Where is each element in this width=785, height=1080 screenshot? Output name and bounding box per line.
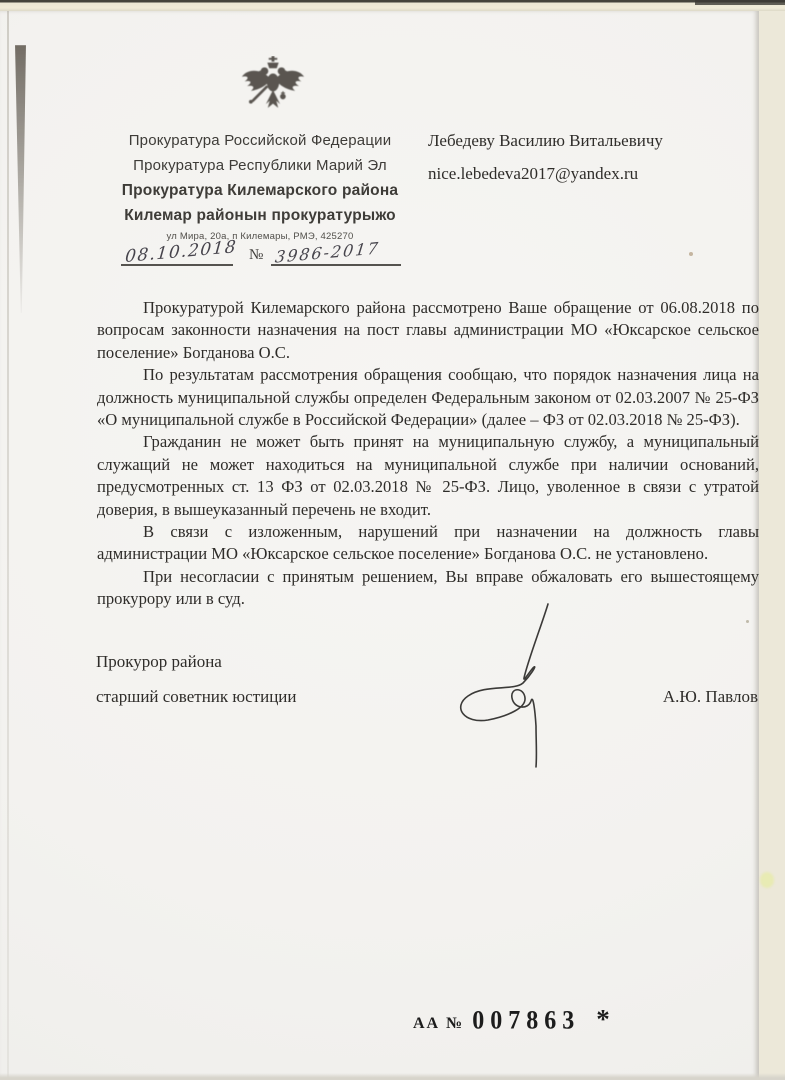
date-field: 08.10.2018 (121, 236, 233, 266)
signer-position-line2: старший советник юстиции (96, 687, 296, 707)
stamp-asterisk: * (596, 1004, 610, 1035)
signer-position-line1: Прокурор района (96, 652, 758, 672)
org-name-federation: Прокуратура Российской Федерации (94, 128, 426, 153)
body-paragraph: Прокуратурой Килемарского района рассмот… (97, 297, 759, 364)
scan-speck (760, 872, 774, 888)
scan-bottom-edge (0, 1073, 785, 1080)
body-paragraph: Гражданин не может быть принят на муници… (97, 431, 759, 521)
org-name-district-mari: Килемар районын прокуратурыжо (94, 203, 426, 228)
letterhead: Прокуратура Российской Федерации Прокура… (94, 56, 426, 242)
org-name-republic: Прокуратура Республики Марий Эл (94, 153, 426, 178)
outgoing-number-field: 3986-2017 (271, 236, 401, 266)
serial-number-stamp: АА № 007863 * (413, 1004, 610, 1035)
stamp-number: 007863 (472, 1007, 580, 1036)
body-paragraph: В связи с изложенным, нарушений при назн… (97, 521, 759, 566)
scan-top-edge (0, 0, 785, 11)
org-name-district: Прокуратура Килемарского района (94, 178, 426, 203)
scan-top-right-edge (695, 0, 785, 5)
date-number-line: 08.10.2018 № 3986-2017 (121, 236, 401, 266)
body-paragraph: По результатам рассмотрения обращения со… (97, 364, 759, 431)
recipient-block: Лебедеву Василию Витальевичу nice.lebede… (428, 124, 758, 190)
body-paragraph: При несогласии с принятым решением, Вы в… (97, 566, 759, 611)
coat-of-arms-icon (235, 56, 311, 122)
recipient-email: nice.lebedeva2017@yandex.ru (428, 157, 758, 190)
scanned-letter-page: Прокуратура Российской Федерации Прокура… (0, 0, 785, 1080)
signer-name: А.Ю. Павлов (663, 687, 758, 707)
handwritten-number: 3986-2017 (274, 238, 381, 266)
stamp-series: АА № (413, 1015, 464, 1033)
scan-left-edge-line (7, 11, 9, 1080)
scan-speck (746, 620, 749, 623)
scan-speck (689, 252, 693, 256)
numero-sign: № (249, 247, 263, 264)
signature-block: Прокурор района старший советник юстиции… (96, 652, 758, 707)
letter-body: Прокуратурой Килемарского района рассмот… (97, 297, 759, 611)
recipient-name: Лебедеву Василию Витальевичу (428, 124, 758, 157)
handwritten-date: 08.10.2018 (124, 237, 238, 267)
